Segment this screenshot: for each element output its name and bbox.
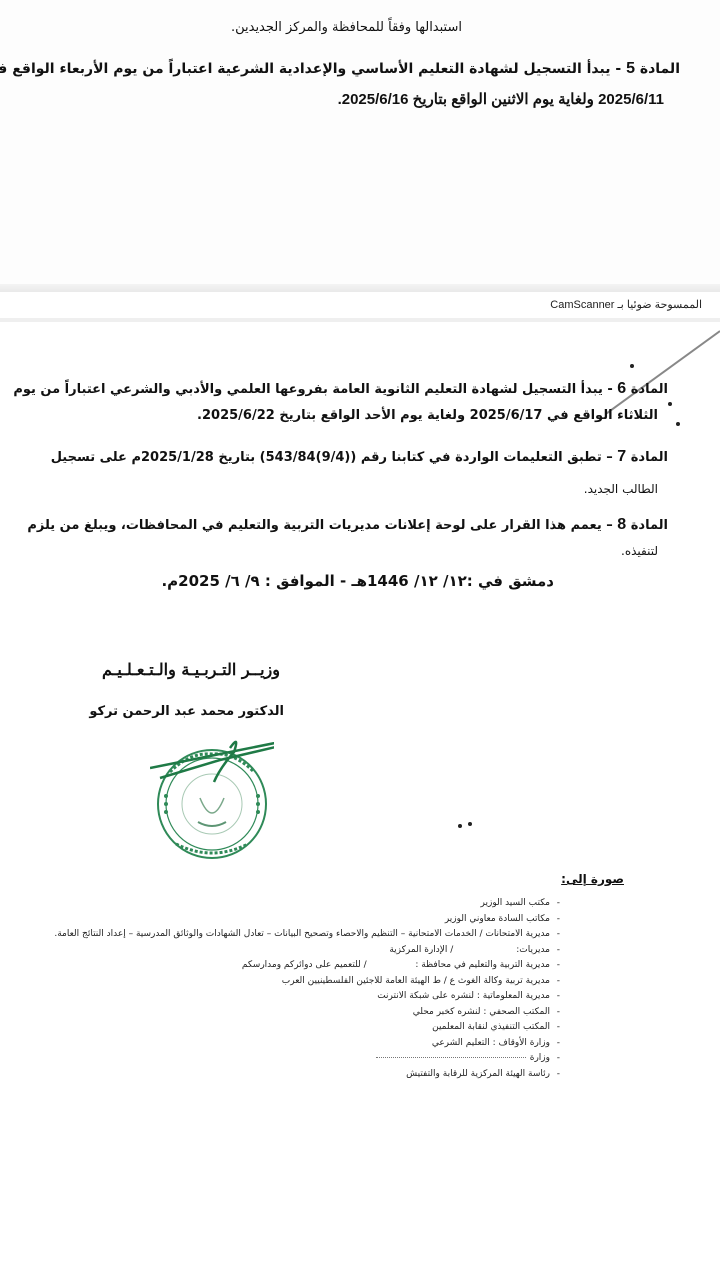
cc-item: -رئاسة الهيئة المركزية للرقابة والتفتيش (54, 1067, 640, 1083)
article-7-line-1: المادة 7 – تطبق التعليمات الواردة في كتا… (51, 448, 668, 466)
article-5-line-2: 2025/6/11 ولغاية يوم الاثنين الواقع بتار… (338, 90, 664, 108)
article-5-text-1: - يبدأ التسجيل لشهادة التعليم الأساسي وا… (0, 61, 621, 77)
minister-title: وزيــر التـربـيـة والـتـعـلـيـم (102, 660, 280, 679)
speck-dot (458, 824, 462, 828)
article-8-line-1: المادة 8 – يعمم هذا القرار على لوحة إعلا… (27, 516, 668, 534)
article-8-number: 8 (617, 516, 626, 533)
article-8-line-2: لتنفيذه. (621, 544, 658, 558)
cc-item: -مكاتب السادة معاوني الوزير (54, 912, 640, 928)
article-5-line-1: المادة 5 - يبدأ التسجيل لشهادة التعليم ا… (0, 60, 680, 78)
article-7-text-1: – تطبق التعليمات الواردة في كتابنا رقم (… (51, 450, 613, 465)
article-6-line-2: الثلاثاء الواقع في 2025/6/17 ولغاية يوم … (197, 408, 658, 423)
speck-dot (630, 364, 634, 368)
article-6-text-1: - يبدأ التسجيل لشهادة التعليم الثانوية ا… (13, 382, 612, 397)
scanner-footer: الممسوحة ضوئيا بـ CamScanner (0, 292, 720, 322)
page-edge (0, 284, 720, 292)
scanned-page-2 (0, 326, 720, 1280)
article-5-label: المادة (640, 61, 680, 77)
cc-item: -وزارة الأوقاف : التعليم الشرعي (54, 1036, 640, 1052)
cc-item: -مديرية الامتحانات / الخدمات الامتحانية … (54, 927, 640, 943)
scanned-page-1: استبدالها وفقاً للمحافظة والمركز الجديدي… (0, 0, 720, 292)
article-7-line-2: الطالب الجديد. (584, 482, 658, 496)
cc-item: -وزارة (54, 1051, 640, 1067)
speck-dot (668, 402, 672, 406)
cc-item: -المكتب التنفيذي لنقابة المعلمين (54, 1020, 640, 1036)
article-8-label: المادة (631, 518, 668, 533)
article-5-number: 5 (626, 60, 635, 77)
speck-dot (468, 822, 472, 826)
page-separator (0, 318, 720, 322)
cc-item: -مديرية التربية والتعليم في محافظة : / ل… (54, 958, 640, 974)
article-7-label: المادة (631, 450, 668, 465)
cc-item: -مديرية تربية وكالة الغوث ع / ط الهيئة ا… (54, 974, 640, 990)
article-8-text-1: – يعمم هذا القرار على لوحة إعلانات مديري… (27, 518, 612, 533)
ministry-stamp-icon (150, 738, 274, 862)
cc-recipient-list: -مكتب السيد الوزير -مكاتب السادة معاوني … (54, 896, 640, 1082)
article-7-number: 7 (617, 448, 626, 465)
cc-title: صورة إلى: (561, 872, 624, 886)
camscanner-label: الممسوحة ضوئيا بـ CamScanner (550, 298, 702, 311)
cc-item: -مديريات: / الإدارة المركزية (54, 943, 640, 959)
cc-item: -مديرية المعلوماتية : لنشره على شبكة الا… (54, 989, 640, 1005)
minister-name: الدكتور محمد عبد الرحمن تركو (89, 704, 284, 719)
cc-item: -مكتب السيد الوزير (54, 896, 640, 912)
blank-dotted-line (376, 1057, 526, 1058)
issue-date-line: دمشق في :١٢/ ١٢/ 1446هـ - الموافق : ٩/ ٦… (161, 572, 554, 590)
article-6-number: 6 (617, 380, 626, 397)
intro-line: استبدالها وفقاً للمحافظة والمركز الجديدي… (231, 20, 462, 35)
cc-item: -المكتب الصحفي : لنشره كخبر محلي (54, 1005, 640, 1021)
article-6-line-1: المادة 6 - يبدأ التسجيل لشهادة التعليم ا… (13, 380, 668, 398)
article-6-label: المادة (631, 382, 668, 397)
speck-dot (676, 422, 680, 426)
